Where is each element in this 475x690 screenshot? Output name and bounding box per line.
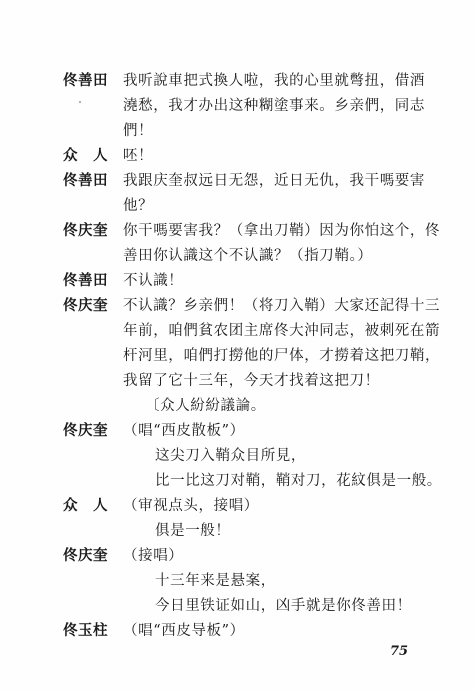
- speaker-name: 佟善田: [63, 70, 123, 92]
- page-number: 75: [390, 644, 408, 659]
- dialogue-text: 善田你认識这个不认識？（指刀鞘。）: [123, 245, 372, 267]
- dialogue-text: （唱“西皮导板”）: [123, 620, 245, 642]
- dialogue-text: 他？: [123, 195, 153, 217]
- dialogue-text: （唱“西皮散板”）: [123, 420, 245, 442]
- speaker-name: 众 人: [63, 495, 123, 517]
- speaker-name: 佟善田: [63, 270, 123, 292]
- dialogue-text: 我留了它十三年，今天才找着这把刀！: [123, 370, 380, 392]
- speaker-name: 佟庆奎: [63, 420, 123, 442]
- dialogue-text: 呸！: [123, 145, 153, 167]
- dialogue-text: 杆河里，咱們打撈他的尸体，才撈着这把刀鞘，: [123, 345, 440, 367]
- speaker-name: 佟庆奎: [63, 295, 123, 317]
- speaker-name: 佟庆奎: [63, 220, 123, 242]
- lyric-text: 这尖刀入鞘众目所見，: [155, 445, 306, 467]
- dialogue-text: 我听說車把式換人啦，我的心里就彆扭，借酒: [123, 70, 425, 92]
- stage-direction-text: 〔众人紛紛議論。: [145, 395, 266, 417]
- speaker-name: 佟庆奎: [63, 545, 123, 567]
- dialogue-text: （接唱）: [123, 545, 183, 567]
- lyric-text: 比一比这刀对鞘，鞘对刀，花紋俱是一般。: [155, 470, 442, 492]
- speaker-name: 佟玉柱: [63, 620, 123, 642]
- speaker-name: 众 人: [63, 145, 123, 167]
- speaker-name: 佟善田: [63, 170, 123, 192]
- dialogue-text: 不认識？乡亲們！（将刀入鞘）大家还記得十三: [123, 295, 440, 317]
- lyric-text: 俱是一般！: [155, 520, 231, 542]
- dialogue-text: 澆愁，我才办出这种糊塗事来。乡亲們，同志: [123, 95, 425, 117]
- dialogue-text: 不认識！: [123, 270, 183, 292]
- dialogue-text: 你干嗎要害我？（拿出刀鞘）因为你怕这个，佟: [123, 220, 440, 242]
- lyric-text: 十三年来是悬案，: [155, 570, 276, 592]
- lyric-text: 今日里铁证如山，凶手就是你佟善田！: [155, 595, 412, 617]
- dialogue-text: 年前，咱們貧农团主席佟大沖同志，被刺死在箭: [123, 320, 440, 342]
- dialogue-text: （审视点头，接唱）: [123, 495, 259, 517]
- dialogue-text: 我跟庆奎叔远日无怨，近日无仇，我干嗎要害: [123, 170, 425, 192]
- scan-speck: [79, 101, 81, 103]
- dialogue-text: 們！: [123, 120, 153, 142]
